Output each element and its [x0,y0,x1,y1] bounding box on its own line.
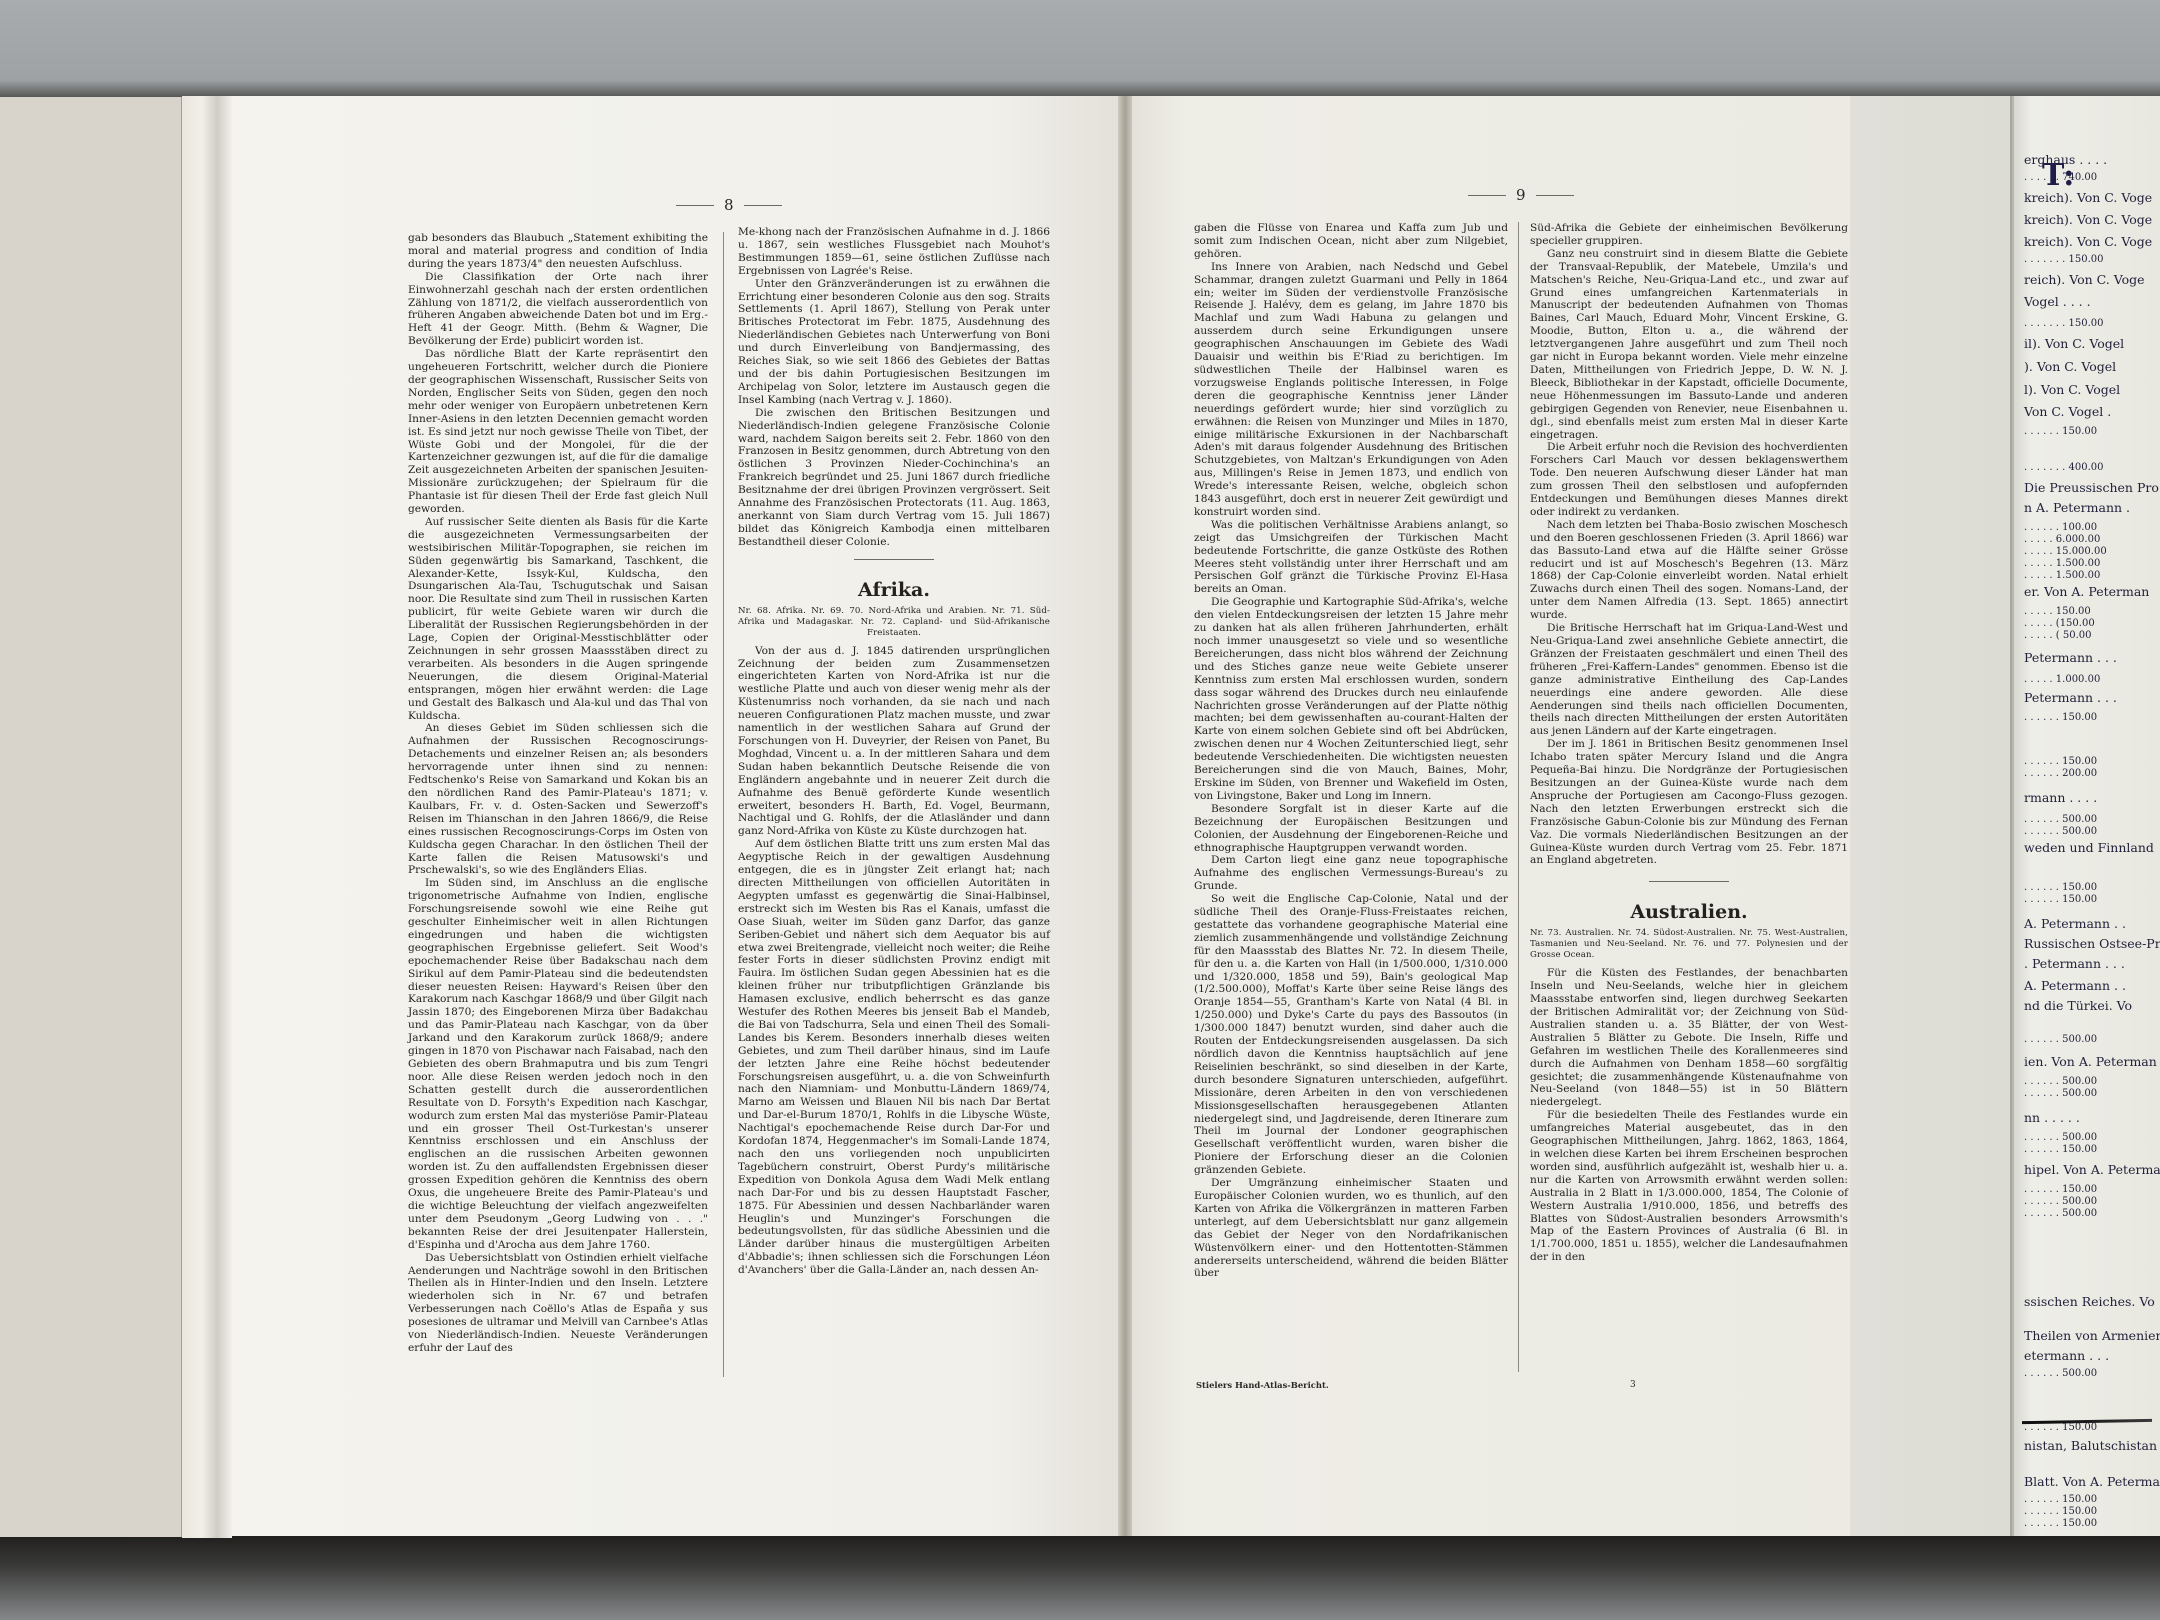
foldout-scale-entry: . . . . . . 150.00 [2024,426,2097,437]
foldout-scale-entry: . . . . . . 100.00 [2024,522,2097,533]
foldout-map-entry: weden und Finnland [2024,840,2154,855]
paragraph: Die Arbeit erfuhr noch die Revision des … [1530,441,1848,518]
foldout-scale-entry: . . . . . . 500.00 [2024,814,2097,825]
foldout-map-entry: ). Von C. Vogel [2024,359,2116,374]
page-number-8: 8 [676,196,782,214]
afrika-body: Von der aus d. J. 1845 datirenden ursprü… [738,645,1050,1277]
page-edges-left [182,96,232,1538]
paragraph: Me-khong nach der Französischen Aufnahme… [738,226,1050,278]
foldout-scale-entry: . . . . . . . 150.00 [2024,254,2104,265]
foldout-map-entry: Vogel . . . . [2024,294,2091,309]
foldout-scale-entry: . . . . . . 150.00 [2024,882,2097,893]
column-2-intro: Me-khong nach der Französischen Aufnahme… [738,226,1050,549]
signature-mark: 3 [1630,1380,1636,1390]
column-divider [723,232,724,1377]
foldout-map-entry: nd die Türkei. Vo [2024,998,2132,1013]
foldout-scale-entry: . . . . . 1.000.00 [2024,674,2100,685]
foldout-scale-entry: . . . . . 1.500.00 [2024,558,2100,569]
foldout-scale-entry: . . . . . . 150.00 [2024,1184,2097,1195]
foldout-scale-entry: . . . . . . 500.00 [2024,1208,2097,1219]
page-number-text: 8 [724,196,734,214]
paragraph: Die Geographie und Kartographie Süd-Afri… [1194,596,1508,803]
book-gutter [1118,96,1132,1536]
foldout-scale-entry: . . . . . . 500.00 [2024,1368,2097,1379]
foldout-map-entry: erghaus . . . . [2024,152,2107,167]
foldout-map-entry: Die Preussischen Pro [2024,480,2159,495]
paragraph: Der im J. 1861 in Britischen Besitz geno… [1530,738,1848,867]
foldout-map-entry: rmann . . . . [2024,790,2097,805]
foldout-map-entry: Petermann . . . [2024,690,2117,705]
foldout-scale-entry: . . . . . . 200.00 [2024,768,2097,779]
column-divider [1518,222,1519,1372]
foldout-map-entry: A. Petermann . . [2024,916,2126,931]
column-2-intro: Süd-Afrika die Gebiete der einheimischen… [1530,222,1848,867]
table-backdrop-top [0,0,2160,100]
foldout-content: T: erghaus . . . .. . . . . . 740.00krei… [2014,96,2160,1536]
foldout-map-entry: l). Von C. Vogel [2024,382,2120,397]
foldout-scale-entry: . . . . . ( 50.00 [2024,630,2092,641]
foldout-map-entry: Russischen Ostsee-Pro [2024,936,2160,951]
foldout-scale-entry: . . . . . . 500.00 [2024,1196,2097,1207]
page-8-column-1: gab besonders das Blaubuch „Statement ex… [408,232,708,1355]
foldout-map-entry: A. Petermann . . [2024,978,2126,993]
page-number-rule [1468,195,1506,196]
foldout-scale-entry: . . . . . . 150.00 [2024,1494,2097,1505]
foldout-map-entry: kreich). Von C. Voge [2024,212,2152,227]
australien-body: Für die Küsten des Festlandes, der benac… [1530,967,1848,1264]
foldout-scale-entry: . . . . . . 150.00 [2024,1506,2097,1517]
foldout-map-entry: nn . . . . . [2024,1110,2080,1125]
foldout-scale-entry: . . . . . (150.00 [2024,618,2095,629]
foldout-scale-entry: . . . . . . . 150.00 [2024,318,2104,329]
foldout-scale-entry: . . . . . 1.500.00 [2024,570,2100,581]
foldout-index-page: T: erghaus . . . .. . . . . . 740.00krei… [2012,96,2160,1536]
foldout-scale-entry: . . . . . . 500.00 [2024,1088,2097,1099]
page-8-column-2: Me-khong nach der Französischen Aufnahme… [738,226,1050,1277]
paragraph: Für die besiedelten Theile des Festlande… [1530,1109,1848,1264]
paragraph: Dem Carton liegt eine ganz neue topograp… [1194,854,1508,893]
foldout-map-entry: Theilen von Armenien [2024,1328,2160,1343]
foldout-underside [1850,96,2012,1536]
foldout-map-entry: . Petermann . . . [2024,956,2125,971]
paragraph: Was die politischen Verhältnisse Arabien… [1194,519,1508,596]
paragraph: Für die Küsten des Festlandes, der benac… [1530,967,1848,1109]
paragraph: Süd-Afrika die Gebiete der einheimischen… [1530,222,1848,248]
foldout-scale-entry: . . . . . 6.000.00 [2024,534,2100,545]
paragraph: An dieses Gebiet im Süden schliessen sic… [408,722,708,877]
paragraph: Der Umgränzung einheimischer Staaten und… [1194,1177,1508,1280]
foldout-scale-entry: . . . . . . 150.00 [2024,1144,2097,1155]
section-subtitle-afrika: Nr. 68. Afrika. Nr. 69. 70. Nord-Afrika … [738,606,1050,639]
paragraph: Unter den Gränzveränderungen ist zu erwä… [738,278,1050,407]
section-subtitle-australien: Nr. 73. Australien. Nr. 74. Südost-Austr… [1530,928,1848,961]
foldout-scale-entry: . . . . . 150.00 [2024,606,2091,617]
page-number-rule [1536,195,1574,196]
paragraph: gaben die Flüsse von Enarea und Kaffa zu… [1194,222,1508,261]
foldout-map-entry: Blatt. Von A. Peterman [2024,1474,2160,1489]
book-cover-left [0,97,182,1537]
foldout-scale-entry: . . . . . . 500.00 [2024,1076,2097,1087]
page-number-rule [676,205,714,206]
foldout-map-entry: Von C. Vogel . [2024,404,2111,419]
foldout-map-entry: etermann . . . [2024,1348,2109,1363]
foldout-scale-entry: . . . . . . 150.00 [2024,1518,2097,1529]
foldout-map-entry: hipel. Von A. Peterman [2024,1162,2160,1177]
foldout-scale-entry: . . . . . . 150.00 [2024,712,2097,723]
foldout-map-entry: kreich). Von C. Voge [2024,234,2152,249]
footer-signature-title: Stielers Hand-Atlas-Bericht. [1196,1380,1329,1390]
foldout-map-entry: er. Von A. Peterman [2024,584,2149,599]
foldout-map-entry: ien. Von A. Peterman [2024,1054,2157,1069]
paragraph: Von der aus d. J. 1845 datirenden ursprü… [738,645,1050,839]
page-number-text: 9 [1516,186,1526,204]
foldout-scale-entry: . . . . . . 150.00 [2024,756,2097,767]
foldout-map-entry: ssischen Reiches. Vo [2024,1294,2155,1309]
foldout-map-entry: Petermann . . . [2024,650,2117,665]
paragraph: Das nördliche Blatt der Karte repräsenti… [408,348,708,516]
paragraph: So weit die Englische Cap-Colonie, Natal… [1194,893,1508,1177]
paragraph: Auf dem östlichen Blatte tritt uns zum e… [738,838,1050,1277]
paragraph: Besondere Sorgfalt ist in dieser Karte a… [1194,803,1508,855]
paragraph: Die Britische Herrschaft hat im Griqua-L… [1530,622,1848,738]
foldout-scale-entry: . . . . . . 150.00 [2024,894,2097,905]
paragraph: Die zwischen den Britischen Besitzungen … [738,407,1050,549]
foldout-scale-entry: . . . . . . 500.00 [2024,1132,2097,1143]
paragraph: Das Uebersichtsblatt von Ostindien erhie… [408,1252,708,1355]
foldout-scale-entry: . . . . . . . 400.00 [2024,462,2104,473]
foldout-scale-entry: . . . . . 15.000.00 [2024,546,2107,557]
table-backdrop-bottom [0,1530,2160,1620]
section-title-afrika: Afrika. [738,578,1050,602]
section-title-australien: Australien. [1530,900,1848,924]
paragraph: Im Süden sind, im Anschluss an die engli… [408,877,708,1251]
section-separator [1649,881,1729,882]
foldout-map-entry: il). Von C. Vogel [2024,336,2124,351]
paragraph: Auf russischer Seite dienten als Basis f… [408,516,708,723]
foldout-map-entry: n A. Petermann . [2024,500,2130,515]
page-number-9: 9 [1468,186,1574,204]
page-number-rule [744,205,782,206]
paragraph: Ganz neu construirt sind in diesem Blatt… [1530,248,1848,442]
foldout-map-entry: kreich). Von C. Voge [2024,190,2152,205]
foldout-scale-entry: . . . . . . 500.00 [2024,1034,2097,1045]
foldout-map-entry: nistan, Balutschistan [2024,1438,2157,1453]
paragraph: Die Classifikation der Orte nach ihrer E… [408,271,708,348]
foldout-scale-entry: . . . . . . 500.00 [2024,826,2097,837]
page-9-column-1: gaben die Flüsse von Enarea und Kaffa zu… [1194,222,1508,1280]
paragraph: Nach dem letzten bei Thaba-Bosio zwische… [1530,519,1848,622]
paragraph: gab besonders das Blaubuch „Statement ex… [408,232,708,271]
foldout-scale-entry: . . . . . . 740.00 [2024,172,2097,183]
foldout-map-entry: Blatt. Von A. Peterman [2024,1534,2160,1536]
section-separator [854,559,934,560]
page-9-column-2: Süd-Afrika die Gebiete der einheimischen… [1530,222,1848,1264]
foldout-map-entry: reich). Von C. Voge [2024,272,2145,287]
paragraph: Ins Innere von Arabien, nach Nedschd und… [1194,261,1508,519]
